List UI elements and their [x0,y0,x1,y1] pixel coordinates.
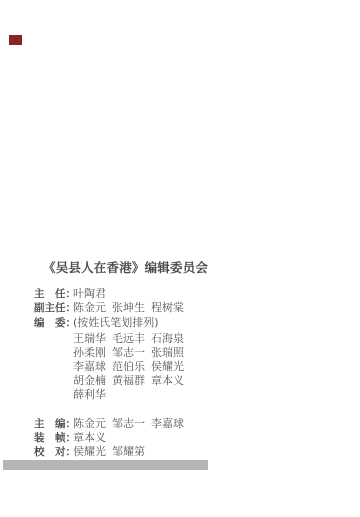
editor-row: 胡金楠黄福群章本义 [73,374,190,388]
editor-row: 孙柔刚邹志一张瑞照 [73,346,190,360]
person-name: 王瑞华 [73,332,106,346]
person-name: 薛利华 [73,388,106,402]
person-name: 章本义 [73,431,106,445]
editor-row: 薛利华 [73,388,112,402]
role-label-director: 主 任： [34,287,73,301]
person-name: 侯耀光 [151,360,184,374]
person-name: 章本义 [151,374,184,388]
page-title: 《吴县人在香港》编辑委员会 [43,258,208,276]
editorial-sort-note: (按姓氏笔划排列) [73,316,159,330]
footer-gray-bar [3,460,208,470]
person-name: 邹耀第 [112,445,145,459]
person-name: 孙柔刚 [73,346,106,360]
person-name: 胡金楠 [73,374,106,388]
person-name: 黄福群 [112,374,145,388]
role-label-editorial: 编 委： [34,316,73,330]
person-name: 程树棠 [151,301,184,315]
role-label-proofreading: 校 对： [34,445,73,459]
person-name: 邹志一 [112,346,145,360]
role-label-binding-design: 装 帧： [34,431,73,445]
role-line-chief-editor: 主 编：陈金元邹志一李嘉球 [34,417,190,431]
role-line-proofreading: 校 对：侯耀光邹耀第 [34,445,151,459]
role-line-editorial: 编 委：(按姓氏笔划排列) [34,316,159,330]
role-label-chief-editor: 主 编： [34,417,73,431]
editor-row: 李嘉球范伯乐侯耀光 [73,360,190,374]
person-name: 叶陶君 [73,287,106,301]
person-name: 毛远丰 [112,332,145,346]
person-name: 邹志一 [112,417,145,431]
role-label-deputy: 副主任： [34,301,73,315]
scanned-book-page: 《吴县人在香港》编辑委员会 主 任：叶陶君 副主任：陈金元张坤生程树棠 编 委：… [0,0,360,517]
red-stamp-mark [9,35,22,45]
person-name: 张坤生 [112,301,145,315]
role-line-director: 主 任：叶陶君 [34,287,112,301]
editor-row: 王瑞华毛远丰石海泉 [73,332,190,346]
role-line-binding-design: 装 帧：章本义 [34,431,112,445]
person-name: 侯耀光 [73,445,106,459]
person-name: 李嘉球 [73,360,106,374]
person-name: 陈金元 [73,417,106,431]
role-line-deputy: 副主任：陈金元张坤生程树棠 [34,301,190,315]
person-name: 陈金元 [73,301,106,315]
person-name: 范伯乐 [112,360,145,374]
person-name: 李嘉球 [151,417,184,431]
person-name: 张瑞照 [151,346,184,360]
person-name: 石海泉 [151,332,184,346]
